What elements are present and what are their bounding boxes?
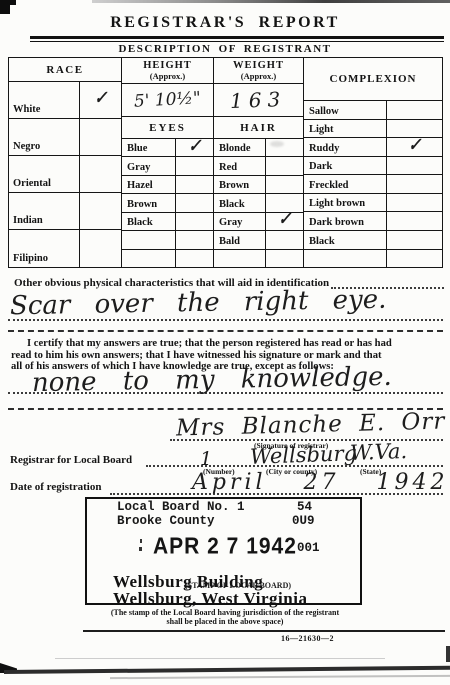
race-header: RACE	[9, 58, 121, 82]
form-number: 16—21630—2	[281, 634, 334, 643]
hair-label: Black	[214, 194, 265, 211]
stamp-date-code: 001	[297, 541, 320, 555]
race-checkbox: ✓	[79, 82, 121, 118]
complexion-checkbox: ✓	[386, 138, 442, 156]
eyes-checkbox	[175, 157, 213, 174]
table-row: Red	[214, 157, 303, 175]
stamp-placement-note: (The stamp of the Local Board having jur…	[70, 609, 380, 626]
height-value: 5' 10½"	[134, 88, 202, 111]
title-rule	[30, 36, 444, 42]
stamp-date: APR 2 7 1942	[153, 534, 297, 561]
hair-checkbox	[265, 157, 303, 174]
table-row: Black	[122, 213, 213, 231]
eyes-label	[122, 250, 175, 267]
hair-header: HAIR	[214, 117, 303, 139]
eyes-label: Brown	[122, 194, 175, 211]
complexion-label: Freckled	[304, 175, 386, 193]
stamp-board-code: 54	[297, 500, 312, 514]
registrar-signature: Mrs Blanche E. Orr	[176, 408, 446, 441]
race-label: Negro	[9, 119, 79, 155]
check-mark: ✓	[408, 136, 421, 154]
race-label: Oriental	[9, 156, 79, 192]
hair-checkbox	[265, 231, 303, 248]
table-row	[122, 231, 213, 249]
complexion-label: Dark	[304, 157, 386, 175]
table-row	[214, 250, 303, 267]
race-label: White	[9, 82, 79, 118]
eyes-label: Blue	[122, 139, 175, 156]
stamp-board-line: Local Board No. 1	[117, 500, 245, 514]
hair-label: Brown	[214, 176, 265, 193]
complexion-label: Ruddy	[304, 138, 386, 156]
complexion-label: Black	[304, 231, 386, 249]
complexion-checkbox	[386, 212, 442, 230]
hair-label: Red	[214, 157, 265, 174]
check-mark: ✓	[188, 137, 201, 155]
eyes-checkbox: ✓	[175, 139, 213, 156]
hair-checkbox	[265, 176, 303, 193]
certification-line: read to him his own answers; that I have…	[11, 350, 445, 362]
table-row	[304, 250, 442, 268]
stamp-county-line: Brooke County	[117, 514, 215, 528]
registrar-field-label: Registrar for Local Board	[10, 454, 132, 466]
description-table: RACE White ✓ Negro Oriental Indian	[8, 57, 443, 268]
table-row: Dark	[304, 157, 442, 176]
complexion-label	[304, 250, 386, 268]
eyes-checkbox	[175, 176, 213, 193]
table-row: Bald	[214, 231, 303, 249]
race-rows: White ✓ Negro Oriental Indian Filipino	[9, 82, 121, 267]
eyes-label	[122, 231, 175, 248]
table-row: Brown	[214, 176, 303, 194]
eyes-label: Gray	[122, 157, 175, 174]
board-city-value: Wellsburg	[250, 441, 358, 469]
complexion-label: Light brown	[304, 194, 386, 212]
scan-paper-edge	[4, 666, 450, 674]
height-value-cell: 5' 10½"	[122, 84, 213, 117]
stamp-ink-artifact	[140, 539, 142, 543]
eyes-checkbox	[175, 231, 213, 248]
complexion-column: COMPLEXION Sallow Light Ruddy ✓ Dark	[303, 58, 442, 267]
check-mark: ✓	[278, 210, 291, 228]
local-board-stamp: Local Board No. 1 54 Brooke County 0U9 A…	[85, 497, 362, 605]
table-row: Blonde	[214, 139, 303, 157]
stamp-note-line: shall be placed in the above space)	[70, 618, 380, 627]
complexion-checkbox	[386, 157, 442, 175]
complexion-checkbox	[386, 194, 442, 212]
complexion-checkbox	[386, 101, 442, 119]
page-title: REGISTRAR'S REPORT	[0, 14, 450, 32]
table-row: Hazel	[122, 176, 213, 194]
scan-paper-edge	[446, 646, 450, 662]
race-checkbox	[79, 156, 121, 192]
complexion-rows: Sallow Light Ruddy ✓ Dark Freckled	[304, 101, 442, 267]
complexion-label: Sallow	[304, 101, 386, 119]
race-label: Filipino	[9, 230, 79, 267]
table-row: Blue ✓	[122, 139, 213, 157]
eyes-checkbox	[175, 250, 213, 267]
weight-approx-label: (Approx.)	[241, 71, 277, 82]
table-row: Gray ✓	[214, 213, 303, 231]
table-row: Ruddy ✓	[304, 138, 442, 157]
table-row: Freckled	[304, 175, 442, 194]
race-label: Indian	[9, 193, 79, 229]
height-eyes-column: HEIGHT (Approx.) 5' 10½" EYES Blue ✓ Gra…	[121, 58, 213, 267]
hair-checkbox: ✓	[265, 213, 303, 230]
race-checkbox	[79, 230, 121, 267]
scan-paper-edge	[110, 675, 450, 679]
table-row	[122, 250, 213, 267]
race-checkbox	[79, 193, 121, 229]
exception-answer: none to my knowledge.	[32, 362, 392, 398]
table-row: Sallow	[304, 101, 442, 120]
eyes-label: Hazel	[122, 176, 175, 193]
table-row: Gray	[122, 157, 213, 175]
scan-paper-edge	[55, 658, 385, 659]
stamp-ink-artifact	[139, 547, 142, 551]
complexion-label: Dark brown	[304, 212, 386, 230]
table-row: White ✓	[9, 82, 121, 119]
certification-line: I certify that my answers are true; that…	[11, 338, 445, 350]
table-row: Filipino	[9, 230, 121, 267]
table-row: Brown	[122, 194, 213, 212]
check-mark: ✓	[94, 89, 107, 107]
scan-top-edge-artifact	[92, 0, 450, 3]
hair-label: Blonde	[214, 139, 265, 156]
table-row: Indian	[9, 193, 121, 230]
height-header-label: HEIGHT	[143, 60, 192, 71]
height-header: HEIGHT (Approx.)	[122, 58, 213, 84]
hair-label: Gray	[214, 213, 265, 230]
race-column: RACE White ✓ Negro Oriental Indian	[9, 58, 121, 267]
complexion-checkbox	[386, 250, 442, 268]
height-approx-label: (Approx.)	[150, 71, 186, 82]
hair-label	[214, 250, 265, 267]
complexion-checkbox	[386, 231, 442, 249]
weight-header-label: WEIGHT	[233, 60, 284, 71]
complexion-header: COMPLEXION	[304, 58, 442, 101]
board-number-value: 1	[200, 448, 212, 470]
registrars-report-scan: REGISTRAR'S REPORT DESCRIPTION OF REGIST…	[0, 0, 450, 685]
weight-hair-column: WEIGHT (Approx.) 163 HAIR Blonde Red Bro…	[213, 58, 303, 267]
eyes-checkbox	[175, 194, 213, 211]
date-field-label: Date of registration	[10, 481, 101, 493]
eyes-rows: Blue ✓ Gray Hazel Brown Black	[122, 139, 213, 267]
board-state-value: W.Va.	[350, 439, 408, 465]
weight-value: 163	[230, 87, 287, 113]
complexion-label: Light	[304, 120, 386, 138]
hair-rows: Blonde Red Brown Black Gray ✓	[214, 139, 303, 267]
hair-checkbox	[265, 139, 303, 156]
table-row: Oriental	[9, 156, 121, 193]
weight-header: WEIGHT (Approx.)	[214, 58, 303, 84]
table-row: Light brown	[304, 194, 442, 213]
hair-checkbox	[265, 250, 303, 267]
table-row: Dark brown	[304, 212, 442, 231]
registration-date-value: April 27 1942	[192, 470, 449, 495]
table-row: Negro	[9, 119, 121, 156]
hair-label: Bald	[214, 231, 265, 248]
footer-rule	[83, 630, 445, 632]
table-row: Black	[304, 231, 442, 250]
identification-answer: Scar over the right eye.	[10, 285, 387, 322]
answer-line	[8, 330, 443, 332]
section-title: DESCRIPTION OF REGISTRANT	[0, 43, 450, 55]
eyes-label: Black	[122, 213, 175, 230]
complexion-checkbox	[386, 175, 442, 193]
eyes-checkbox	[175, 213, 213, 230]
race-checkbox	[79, 119, 121, 155]
weight-value-cell: 163	[214, 84, 303, 117]
stamp-city-state: Wellsburg, West Virginia	[113, 589, 307, 609]
scan-corner-artifact	[0, 0, 16, 5]
stamp-county-code: 0U9	[292, 514, 315, 528]
